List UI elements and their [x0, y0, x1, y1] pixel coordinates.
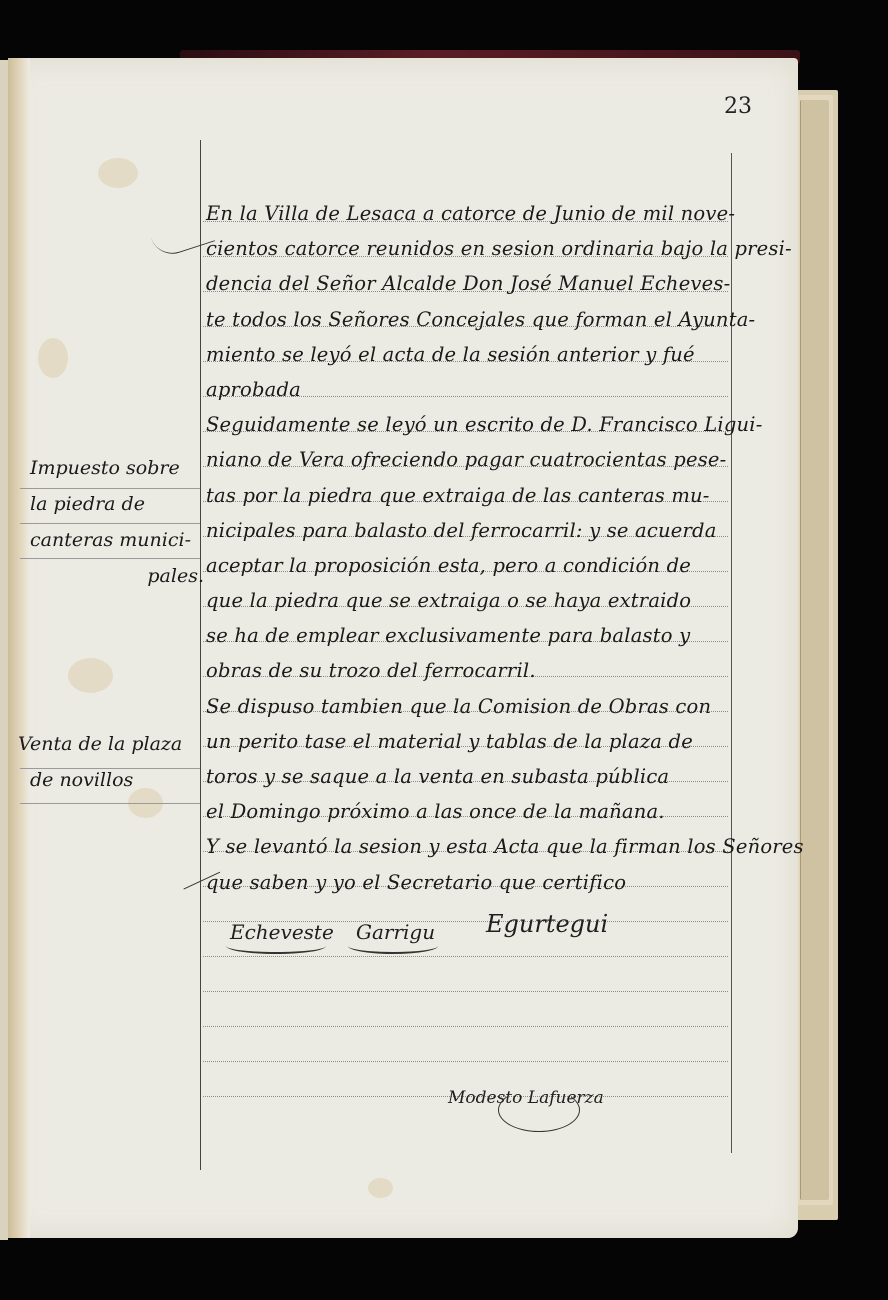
page-number: 23 — [724, 94, 752, 119]
body-line: que la piedra que se extraiga o se haya … — [206, 583, 736, 618]
paper-stain — [368, 1178, 393, 1198]
body-line: miento se leyó el acta de la sesión ante… — [206, 337, 736, 372]
body-line: cientos catorce reunidos en sesion ordin… — [206, 231, 736, 266]
body-line: aprobada — [206, 372, 736, 407]
ruled-line — [203, 1061, 728, 1062]
margin-line — [20, 803, 200, 804]
ruled-line — [203, 1026, 728, 1027]
body-line: el Domingo próximo a las once de la maña… — [206, 794, 736, 829]
body-line: se ha de emplear exclusivamente para bal… — [206, 618, 736, 653]
ledger-page: 23 En la Villa de Lesaca a catorce de Ju… — [8, 58, 798, 1238]
margin-note-line: canteras munici- — [30, 522, 208, 558]
ruled-line — [203, 956, 728, 957]
body-line: que saben y yo el Secretario que certifi… — [206, 865, 736, 900]
margin-note-line: de novillos — [18, 762, 208, 798]
body-line: toros y se saque a la venta en subasta p… — [206, 759, 736, 794]
page-gutter — [8, 58, 30, 1238]
signature-egurtegui: Egurtegui — [486, 910, 608, 938]
body-line: Seguidamente se leyó un escrito de D. Fr… — [206, 407, 736, 442]
body-line: tas por la piedra que extraiga de las ca… — [206, 478, 736, 513]
body-line: dencia del Señor Alcalde Don José Manuel… — [206, 266, 736, 301]
body-line: Y se levantó la sesion y esta Acta que l… — [206, 829, 736, 864]
left-page-edge — [0, 60, 8, 1240]
ruled-line — [203, 991, 728, 992]
margin-note-line: pales. — [30, 558, 208, 594]
paper-stain — [38, 338, 68, 378]
paper-stain — [68, 658, 113, 693]
signature-flourish — [226, 938, 326, 954]
body-line: obras de su trozo del ferrocarril. — [206, 653, 736, 688]
page-stack-edge — [800, 100, 829, 1200]
margin-note-stone-tax: Impuesto sobre la piedra de canteras mun… — [30, 450, 208, 594]
body-line: nicipales para balasto del ferrocarril: … — [206, 513, 736, 548]
paper-stain — [98, 158, 138, 188]
minutes-body: En la Villa de Lesaca a catorce de Junio… — [206, 196, 736, 900]
body-line: un perito tase el material y tablas de l… — [206, 724, 736, 759]
body-line: Se dispuso tambien que la Comision de Ob… — [206, 689, 736, 724]
body-line: te todos los Señores Concejales que form… — [206, 302, 736, 337]
body-line: aceptar la proposición esta, pero a cond… — [206, 548, 736, 583]
secretary-rubric — [498, 1088, 580, 1132]
margin-note-bullring-sale: Venta de la plaza de novillos — [18, 726, 208, 798]
margin-note-line: la piedra de — [30, 486, 208, 522]
margin-note-line: Venta de la plaza — [18, 726, 208, 762]
margin-rule — [200, 140, 201, 1170]
margin-note-line: Impuesto sobre — [30, 450, 208, 486]
signature-flourish — [348, 938, 438, 954]
body-line: niano de Vera ofreciendo pagar cuatrocie… — [206, 442, 736, 477]
body-line: En la Villa de Lesaca a catorce de Junio… — [206, 196, 736, 231]
